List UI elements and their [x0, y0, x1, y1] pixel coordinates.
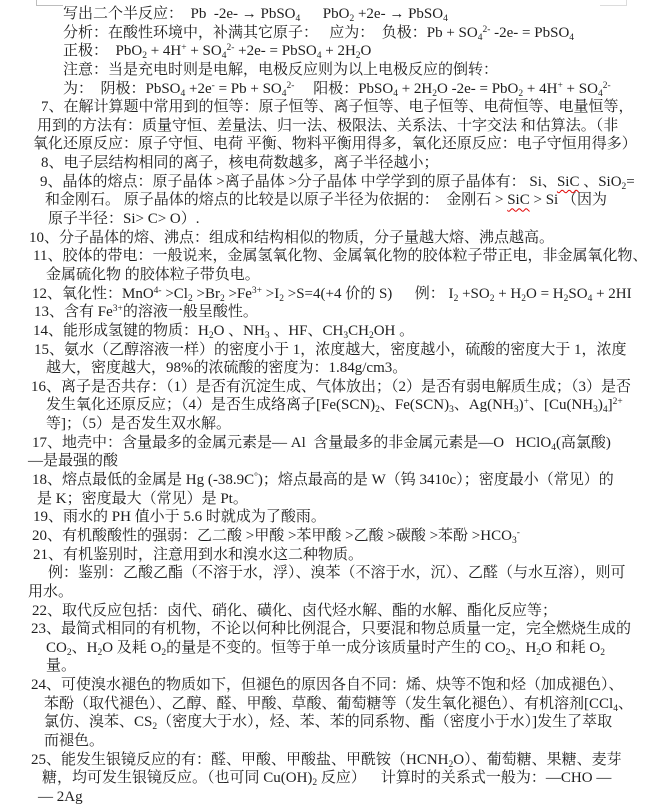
- text-line: 和金刚石。 原子晶体的熔点的比较是以原子半径为依据的： 金刚石 > SiC > …: [0, 191, 661, 210]
- text-line: 8、电子层结构相同的离子，核电荷数越多，离子半径越小；: [0, 154, 661, 173]
- text-line: 23、最简式相同的有机物，不论以何种比例混合，只要混和物总质量一定，完全燃烧生成…: [0, 620, 661, 639]
- text-line: 19、雨水的 PH 值小于 5.6 时就成为了酸雨。: [0, 508, 661, 527]
- text-line: 14、能形成氢键的物质：H2O 、NH3 、HF、CH3CH2OH 。: [0, 322, 661, 341]
- text-line: CO2、H2O 及耗 O2的量是不变的。恒等于单一成分该质量时产生的 CO2、H…: [0, 639, 661, 658]
- text-line: 22、取代反应包括：卤代、硝化、磺化、卤代烃水解、酯的水解、酯化反应等；: [0, 602, 661, 621]
- misspelling-squiggle: SiC: [507, 192, 530, 208]
- text-line: 注意：当是充电时则是电解，电极反应则为以上电极反应的倒转：: [0, 61, 661, 80]
- text-line: 正极： PbO2 + 4H+ + SO42- +2e- = PbSO4 + 2H…: [0, 42, 661, 61]
- text-line: 7、在解计算题中常用到的恒等：原子恒等、离子恒等、电子恒等、电荷恒等、电量恒等，: [0, 98, 661, 117]
- text-line: 用水。: [0, 583, 661, 602]
- text-line: 例：鉴别：乙酸乙酯（不溶于水，浮）、溴苯（不溶于水，沉）、乙醛（与水互溶），则可: [0, 564, 661, 583]
- text-line: 21、有机鉴别时，注意用到水和溴水这二种物质。: [0, 546, 661, 565]
- text-line: 量。: [0, 657, 661, 676]
- text-line: 为： 阴极：PbSO4 +2e- = Pb + SO42- 阳极：PbSO4 +…: [0, 80, 661, 99]
- text-line: 9、晶体的熔点：原子晶体 >离子晶体 >分子晶体 中学学到的原子晶体有： Si、…: [0, 173, 661, 192]
- text-line: 金属硫化物 的胶体粒子带负电。: [0, 266, 661, 285]
- document-page: 写出二个半反应： Pb -2e- → PbSO4 PbO2 +2e- → PbS…: [0, 5, 661, 807]
- text-line: 分析：在酸性环境中，补满其它原子： 应为： 负极：Pb + SO42- -2e-…: [0, 24, 661, 43]
- text-line: 发生氧化还原反应；（4）是否生成络离子[Fe(SCN)2、Fe(SCN)3、Ag…: [0, 396, 661, 415]
- text-line: 24、可使溴水褪色的物质如下，但褪色的原因各自不同：烯、炔等不饱和烃（加成褪色）…: [0, 676, 661, 695]
- text-line: 越大，密度越大，98%的浓硫酸的密度为：1.84g/cm3。: [0, 359, 661, 378]
- text-line: 13、含有 Fe3+的溶液一般呈酸性。: [0, 303, 661, 322]
- text-line: 17、地壳中：含量最多的金属元素是— Al 含量最多的非金属元素是—O HClO…: [0, 434, 661, 453]
- text-line: 20、有机酸酸性的强弱：乙二酸 >甲酸 >苯甲酸 >乙酸 >碳酸 >苯酚 >HC…: [0, 527, 661, 546]
- misspelling-squiggle: SiC: [557, 174, 580, 190]
- text-line: 氯仿、溴苯、CS2（密度大于水），烃、苯、苯的同系物、酯（密度小于水）]发生了萃…: [0, 713, 661, 732]
- text-line: 12、氧化性：MnO4- >Cl2 >Br2 >Fe3+ >I2 >S=4(+4…: [0, 285, 661, 304]
- text-line: 写出二个半反应： Pb -2e- → PbSO4 PbO2 +2e- → PbS…: [0, 5, 661, 24]
- text-line: 25、能发生银镜反应的有：醛、甲酸、甲酸盐、甲酰铵（HCNH2O）、葡萄糖、果糖…: [0, 751, 661, 770]
- text-line: 10、分子晶体的熔、沸点：组成和结构相似的物质，分子量越大熔、沸点越高。: [0, 229, 661, 248]
- text-line: 原子半径：Si> C> O）.: [0, 210, 661, 229]
- text-line: 16、离子是否共存：（1）是否有沉淀生成、气体放出；（2）是否有弱电解质生成；（…: [0, 378, 661, 397]
- text-line: 18、熔点最低的金属是 Hg (-38.9C°)；熔点最高的是 W（钨 3410…: [0, 471, 661, 490]
- text-line: —是最强的酸: [0, 452, 661, 471]
- document-lines: 写出二个半反应： Pb -2e- → PbSO4 PbO2 +2e- → PbS…: [0, 5, 661, 807]
- text-line: — 2Ag: [0, 788, 661, 807]
- text-line: 11、胶体的带电：一般说来，金属氢氧化物、金属氧化物的胶体粒子带正电，非金属氧化…: [0, 247, 661, 266]
- text-line: 氧化还原反应：原子守恒、电荷 平衡、物料平衡用得多，氧化还原反应：电子守恒用得多…: [0, 135, 661, 154]
- text-line: 等]；（5）是否发生双水解。: [0, 415, 661, 434]
- text-line: 是 K；密度最大（常见）是 Pt。: [0, 490, 661, 509]
- text-line: 糖，均可发生银镜反应。（也可同 Cu(OH)2 反应） 计算时的关系式一般为：—…: [0, 769, 661, 788]
- text-line: 用到的方法有：质量守恒、差量法、归一法、极限法、关系法、十字交法 和估算法。（非: [0, 117, 661, 136]
- text-line: 15、氨水（乙醇溶液一样）的密度小于 1，浓度越大，密度越小，硫酸的密度大于 1…: [0, 341, 661, 360]
- text-line: 而褪色。: [0, 732, 661, 751]
- text-line: 苯酚（取代褪色）、乙醇、醛、甲酸、草酸、葡萄糖等（发生氧化褪色）、有机溶剂[CC…: [0, 695, 661, 714]
